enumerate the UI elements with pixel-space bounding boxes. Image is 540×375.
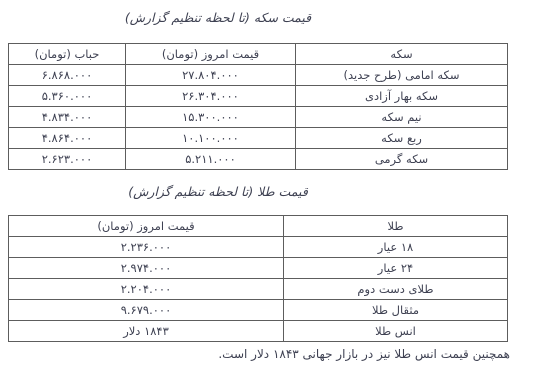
table-row: سکه گرمی ۵.۲۱۱.۰۰۰ ۲.۶۲۳.۰۰۰ <box>9 149 508 170</box>
coin-price-cell: ۲۷.۸۰۴.۰۰۰ <box>126 65 296 86</box>
coin-price-cell: ۱۵.۳۰۰.۰۰۰ <box>126 107 296 128</box>
gold-name-cell: مثقال طلا <box>284 300 508 321</box>
table-row: ربع سکه ۱۰.۱۰۰.۰۰۰ ۴.۸۶۴.۰۰۰ <box>9 128 508 149</box>
coin-name-cell: سکه امامی (طرح جدید) <box>296 65 508 86</box>
coin-name-cell: سکه بهار آزادی <box>296 86 508 107</box>
price-report-page: قیمت سکه (تا لحظه تنظیم گزارش) سکه قیمت … <box>0 0 540 375</box>
coin-price-cell: ۵.۲۱۱.۰۰۰ <box>126 149 296 170</box>
gold-header-name: طلا <box>284 216 508 237</box>
table-row: مثقال طلا ۹.۶۷۹.۰۰۰ <box>9 300 508 321</box>
coin-price-table: سکه قیمت امروز (تومان) حباب (تومان) سکه … <box>8 43 508 170</box>
gold-name-cell: انس طلا <box>284 321 508 342</box>
coin-price-cell: ۲۶.۳۰۴.۰۰۰ <box>126 86 296 107</box>
table-row: طلای دست دوم ۲.۲۰۴.۰۰۰ <box>9 279 508 300</box>
coin-header-bubble: حباب (تومان) <box>9 44 126 65</box>
gold-name-cell: ۱۸ عیار <box>284 237 508 258</box>
table-row: ۲۴ عیار ۲.۹۷۴.۰۰۰ <box>9 258 508 279</box>
coin-bubble-cell: ۴.۸۳۴.۰۰۰ <box>9 107 126 128</box>
coin-bubble-cell: ۵.۳۶۰.۰۰۰ <box>9 86 126 107</box>
gold-price-cell: ۱۸۴۳ دلار <box>9 321 284 342</box>
coin-bubble-cell: ۶.۸۶۸.۰۰۰ <box>9 65 126 86</box>
coin-header-price: قیمت امروز (تومان) <box>126 44 296 65</box>
coin-section-title: قیمت سکه (تا لحظه تنظیم گزارش) <box>8 10 428 25</box>
coin-table-header-row: سکه قیمت امروز (تومان) حباب (تومان) <box>9 44 508 65</box>
gold-price-cell: ۲.۲۰۴.۰۰۰ <box>9 279 284 300</box>
gold-table-header-row: طلا قیمت امروز (تومان) <box>9 216 508 237</box>
gold-price-cell: ۲.۲۳۶.۰۰۰ <box>9 237 284 258</box>
footer-note: همچنین قیمت انس طلا نیز در بازار جهانی ۱… <box>218 347 510 361</box>
coin-price-cell: ۱۰.۱۰۰.۰۰۰ <box>126 128 296 149</box>
coin-header-name: سکه <box>296 44 508 65</box>
coin-bubble-cell: ۴.۸۶۴.۰۰۰ <box>9 128 126 149</box>
table-row: سکه امامی (طرح جدید) ۲۷.۸۰۴.۰۰۰ ۶.۸۶۸.۰۰… <box>9 65 508 86</box>
gold-price-cell: ۲.۹۷۴.۰۰۰ <box>9 258 284 279</box>
table-row: سکه بهار آزادی ۲۶.۳۰۴.۰۰۰ ۵.۳۶۰.۰۰۰ <box>9 86 508 107</box>
coin-name-cell: نیم سکه <box>296 107 508 128</box>
table-row: ۱۸ عیار ۲.۲۳۶.۰۰۰ <box>9 237 508 258</box>
gold-section-title: قیمت طلا (تا لحظه تنظیم گزارش) <box>8 184 428 199</box>
gold-name-cell: ۲۴ عیار <box>284 258 508 279</box>
gold-name-cell: طلای دست دوم <box>284 279 508 300</box>
coin-name-cell: ربع سکه <box>296 128 508 149</box>
table-row: انس طلا ۱۸۴۳ دلار <box>9 321 508 342</box>
gold-price-table: طلا قیمت امروز (تومان) ۱۸ عیار ۲.۲۳۶.۰۰۰… <box>8 215 508 342</box>
gold-header-price: قیمت امروز (تومان) <box>9 216 284 237</box>
table-row: نیم سکه ۱۵.۳۰۰.۰۰۰ ۴.۸۳۴.۰۰۰ <box>9 107 508 128</box>
coin-bubble-cell: ۲.۶۲۳.۰۰۰ <box>9 149 126 170</box>
coin-name-cell: سکه گرمی <box>296 149 508 170</box>
gold-price-cell: ۹.۶۷۹.۰۰۰ <box>9 300 284 321</box>
